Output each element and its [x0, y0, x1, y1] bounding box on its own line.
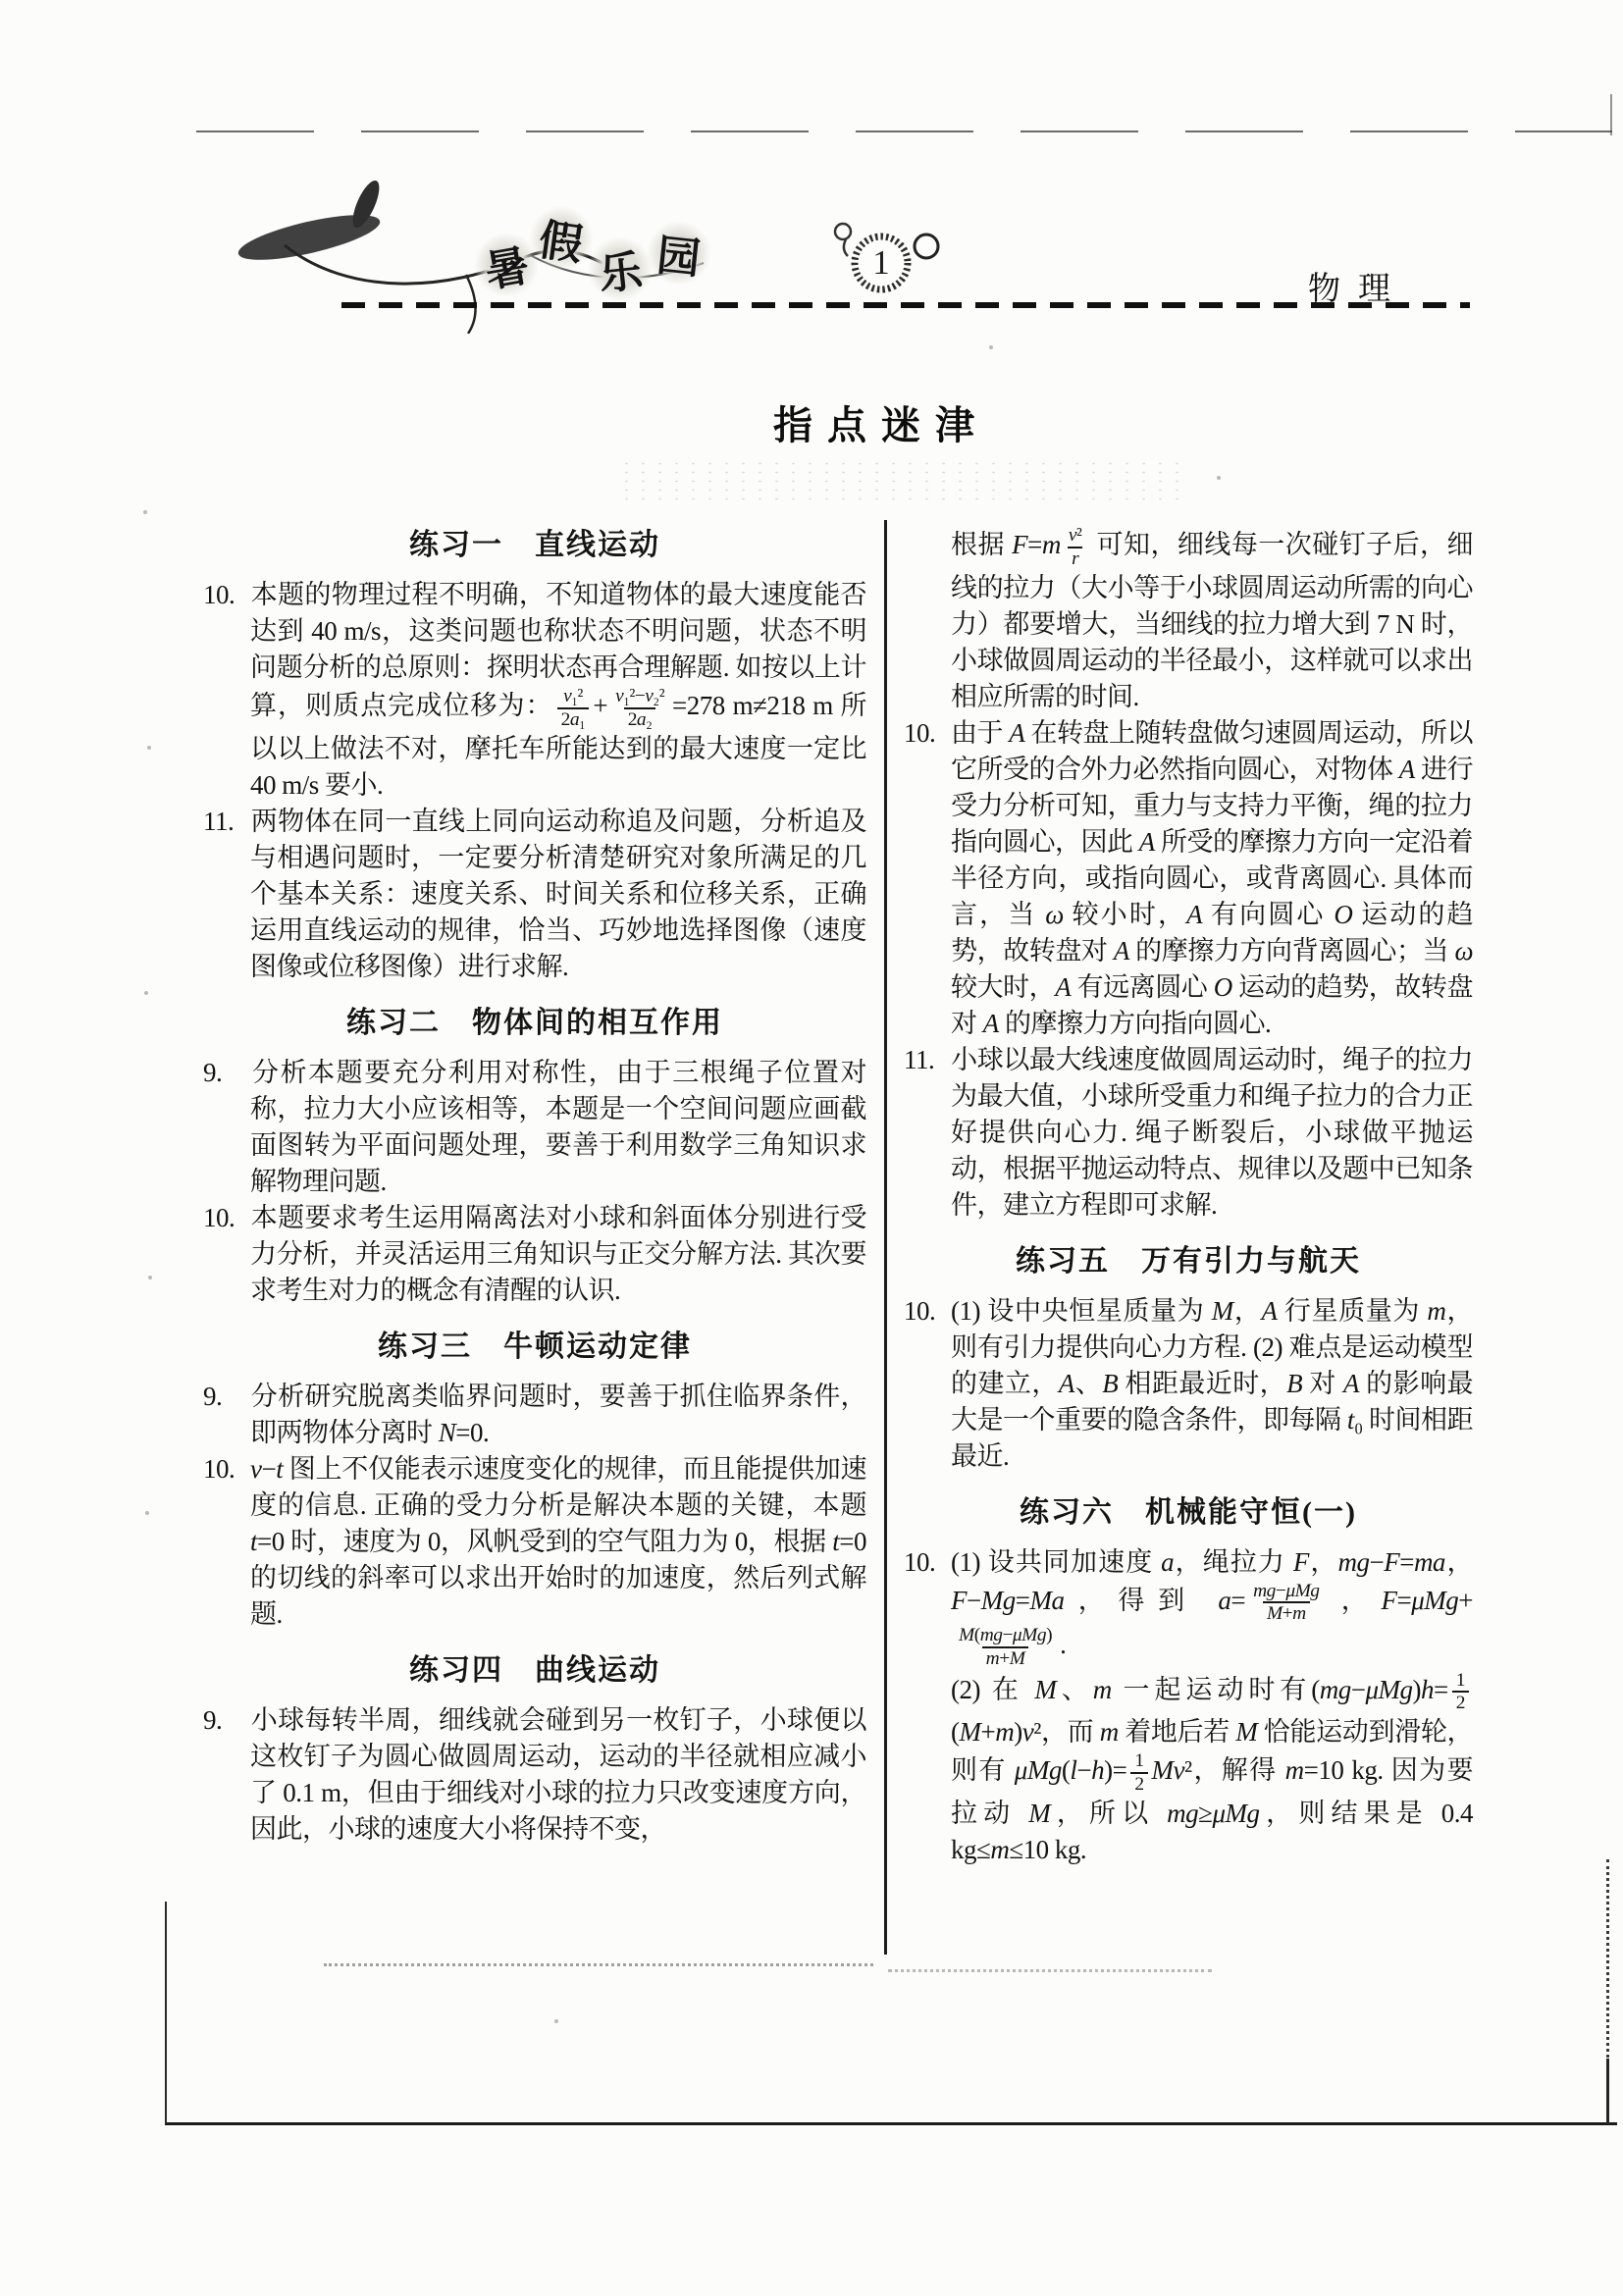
- answer-item: 10.本题的物理过程不明确，不知道物体的最大速度能否达到 40 m/s，这类问题…: [203, 577, 866, 804]
- column-divider: [884, 520, 887, 1955]
- section-heading: 练习一 直线运动: [203, 527, 866, 563]
- page-number: 1: [849, 231, 914, 295]
- section-heading: 练习三 牛顿运动定律: [203, 1329, 866, 1365]
- item-number: 10.: [203, 577, 250, 613]
- scan-speck: [1217, 476, 1221, 480]
- item-number: 9.: [203, 1055, 250, 1091]
- page-number-badge: 1: [829, 221, 957, 314]
- item-number: 9.: [203, 1702, 250, 1739]
- scan-artifact-line: [888, 1969, 1212, 1972]
- answer-item: 10.(1) 设共同加速度 a，绳拉力 F，mg−F=ma，F−Mg=Ma，得到…: [904, 1544, 1473, 1670]
- fraction: M(mg−μMg)m+M: [955, 1625, 1056, 1670]
- item-number: 10.: [203, 1451, 250, 1487]
- item-number: 10.: [904, 715, 951, 752]
- item-number: 10.: [904, 1293, 951, 1330]
- fraction: v²r: [1065, 525, 1085, 570]
- scan-speck: [145, 1511, 149, 1515]
- item-number: 11.: [904, 1042, 951, 1078]
- right-column: 根据 F=mv²r 可知，细线每一次碰钉子后，细线的拉力（大小等于小球圆周运动所…: [904, 525, 1473, 1868]
- scan-speck: [148, 1276, 152, 1279]
- answer-item: 11.小球以最大线速度做圆周运动时，绳子的拉力为最大值，小球所受重力和绳子拉力的…: [904, 1042, 1473, 1224]
- item-number: 9.: [203, 1379, 250, 1415]
- section-heading: 练习四 曲线运动: [203, 1652, 866, 1689]
- item-number: 10.: [904, 1544, 951, 1581]
- page-border-right: [1606, 2059, 1609, 2124]
- page-border-right-top: [1610, 94, 1612, 135]
- answer-item: (2) 在 M、m 一起运动时有(mg−μMg)h=12(M+m)v²，而 m …: [904, 1670, 1473, 1868]
- section-heading: 练习六 机械能守恒(一): [904, 1494, 1473, 1531]
- section-heading: 练习五 万有引力与航天: [904, 1243, 1473, 1279]
- page-border-right-dotted: [1606, 1859, 1609, 2063]
- scan-artifact-line: [324, 1963, 873, 1966]
- scan-speck: [143, 510, 147, 514]
- page-title: 指点迷津: [773, 394, 989, 450]
- scan-speck: [147, 746, 151, 750]
- section-heading: 练习二 物体间的相互作用: [203, 1005, 866, 1041]
- scanned-page: 暑 假 乐 园 1 物理 指点迷津 练习一 直线运动10.本题的物理过程不明确，…: [0, 0, 1623, 2296]
- logo-char: 园: [644, 218, 715, 289]
- fraction: 12: [1452, 1670, 1469, 1715]
- answer-item: 10.v−t 图上不仅能表示速度变化的规律，而且能提供加速度的信息. 正确的受力…: [203, 1451, 866, 1633]
- header-dashed-rule: [341, 302, 1470, 308]
- page-border-left: [165, 1902, 167, 2124]
- page-border-bottom: [165, 2122, 1617, 2125]
- fraction: mg−μMgM+m: [1249, 1581, 1323, 1626]
- scan-speck: [144, 991, 148, 995]
- left-column: 练习一 直线运动10.本题的物理过程不明确，不知道物体的最大速度能否达到 40 …: [203, 525, 866, 1848]
- fraction: 12: [1130, 1750, 1147, 1796]
- answer-item: 10.本题要求考生运用隔离法对小球和斜面体分别进行受力分析，并灵活运用三角知识与…: [203, 1200, 866, 1309]
- answer-item: 10.由于 A 在转盘上随转盘做匀速圆周运动，所以它所受的合外力必然指向圆心，对…: [904, 715, 1473, 1042]
- answer-item: 11.两物体在同一直线上同向运动称追及问题，分析追及与相遇问题时，一定要分析清楚…: [203, 804, 866, 985]
- scan-smudge: [618, 459, 1187, 500]
- answer-item: 9.小球每转半周，细线就会碰到另一枚钉子，小球便以这枚钉子为圆心做圆周运动，运动…: [203, 1702, 866, 1848]
- item-number: 11.: [203, 804, 250, 840]
- item-number: 10.: [203, 1200, 250, 1236]
- answer-item: 9.分析本题要充分利用对称性，由于三根绳子位置对称，拉力大小应该相等，本题是一个…: [203, 1055, 866, 1200]
- answer-item: 10.(1) 设中央恒星质量为 M，A 行星质量为 m，则有引力提供向心力方程.…: [904, 1293, 1473, 1475]
- fraction: v₁²−v₂²2a₂: [611, 686, 668, 731]
- page-top-rule: [196, 130, 1612, 132]
- scan-speck: [989, 345, 993, 349]
- fraction: v₁²2a₁: [557, 686, 590, 731]
- answer-item: 根据 F=mv²r 可知，细线每一次碰钉子后，细线的拉力（大小等于小球圆周运动所…: [904, 525, 1473, 715]
- scan-speck: [554, 2019, 558, 2023]
- answer-item: 9.分析研究脱离类临界问题时，要善于抓住临界条件，即两物体分离时 N=0.: [203, 1379, 866, 1451]
